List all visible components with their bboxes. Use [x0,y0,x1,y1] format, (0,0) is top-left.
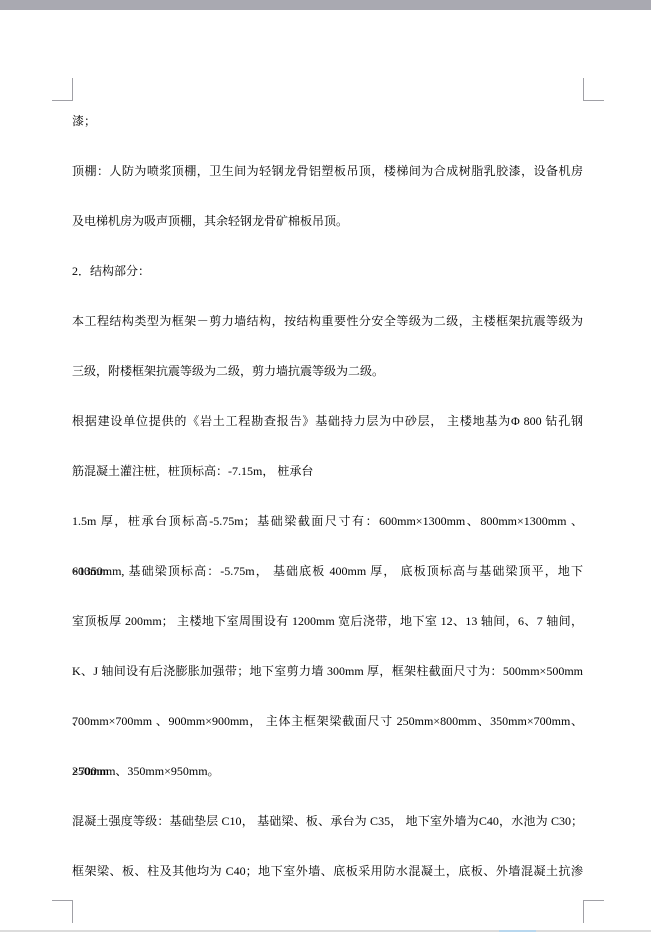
doc-line[interactable]: 漆； [72,96,583,146]
doc-line[interactable]: 1.5m 厚，桩承台顶标高-5.75m；基础梁截面尺寸有：600mm×1300m… [72,496,583,546]
doc-line[interactable]: 三级，附楼框架抗震等级为二级，剪力墙抗震等级为二级。 [72,346,583,396]
window-bottom-edge [0,930,651,932]
bottom-edge-highlight [499,930,536,932]
word-document-view: 漆； 顶棚：人防为喷浆顶棚，卫生间为轻钢龙骨铝塑板吊顶，楼梯间为合成树脂乳胶漆，… [0,0,651,936]
doc-line[interactable]: 室顶板厚 200mm； 主楼地下室周围设有 1200mm 宽后浇带，地下室 12… [72,596,583,646]
doc-line[interactable]: 框架梁、板、柱及其他均为 C40；地下室外墙、底板采用防水混凝土，底板、外墙混凝… [72,846,583,896]
document-page[interactable]: 漆； 顶棚：人防为喷浆顶棚，卫生间为轻钢龙骨铝塑板吊顶，楼梯间为合成树脂乳胶漆，… [0,10,651,936]
doc-line[interactable]: ×1350mm, 基础梁顶标高：-5.75m， 基础底板 400mm 厚， 底板… [72,546,583,596]
doc-line[interactable]: 700mm×700mm 、900mm×900mm， 主体主框架梁截面尺寸 250… [72,696,583,746]
doc-line[interactable]: 本工程结构类型为框架－剪力墙结构，按结构重要性分安全等级为二级，主楼框架抗震等级… [72,296,583,346]
doc-line[interactable]: 及电梯机房为吸声顶棚，其余轻钢龙骨矿棉板吊顶。 [72,196,583,246]
doc-line[interactable]: 根据建设单位提供的《岩土工程勘查报告》基础持力层为中砂层， 主楼地基为Φ 800… [72,396,583,446]
doc-line[interactable]: ×700mm、350mm×950mm。 [72,746,583,796]
crop-mark-top-right [583,78,604,101]
crop-mark-top-left [52,78,73,101]
doc-line[interactable]: K、J 轴间设有后浇膨胀加强带；地下室剪力墙 300mm 厚，框架柱截面尺寸为：… [72,646,583,696]
doc-line[interactable]: 顶棚：人防为喷浆顶棚，卫生间为轻钢龙骨铝塑板吊顶，楼梯间为合成树脂乳胶漆，设备机… [72,146,583,196]
doc-line[interactable]: 混凝土强度等级：基础垫层 C10， 基础梁、板、承台为 C35， 地下室外墙为C… [72,796,583,846]
crop-mark-bottom-right [583,900,604,923]
workspace-top-edge [0,0,651,10]
document-text-area[interactable]: 漆； 顶棚：人防为喷浆顶棚，卫生间为轻钢龙骨铝塑板吊顶，楼梯间为合成树脂乳胶漆，… [72,96,583,896]
crop-mark-bottom-left [52,900,73,923]
doc-line[interactable]: 2．结构部分： [72,246,583,296]
doc-line[interactable]: 筋混凝土灌注桩，桩顶标高：-7.15m， 桩承台 [72,446,583,496]
